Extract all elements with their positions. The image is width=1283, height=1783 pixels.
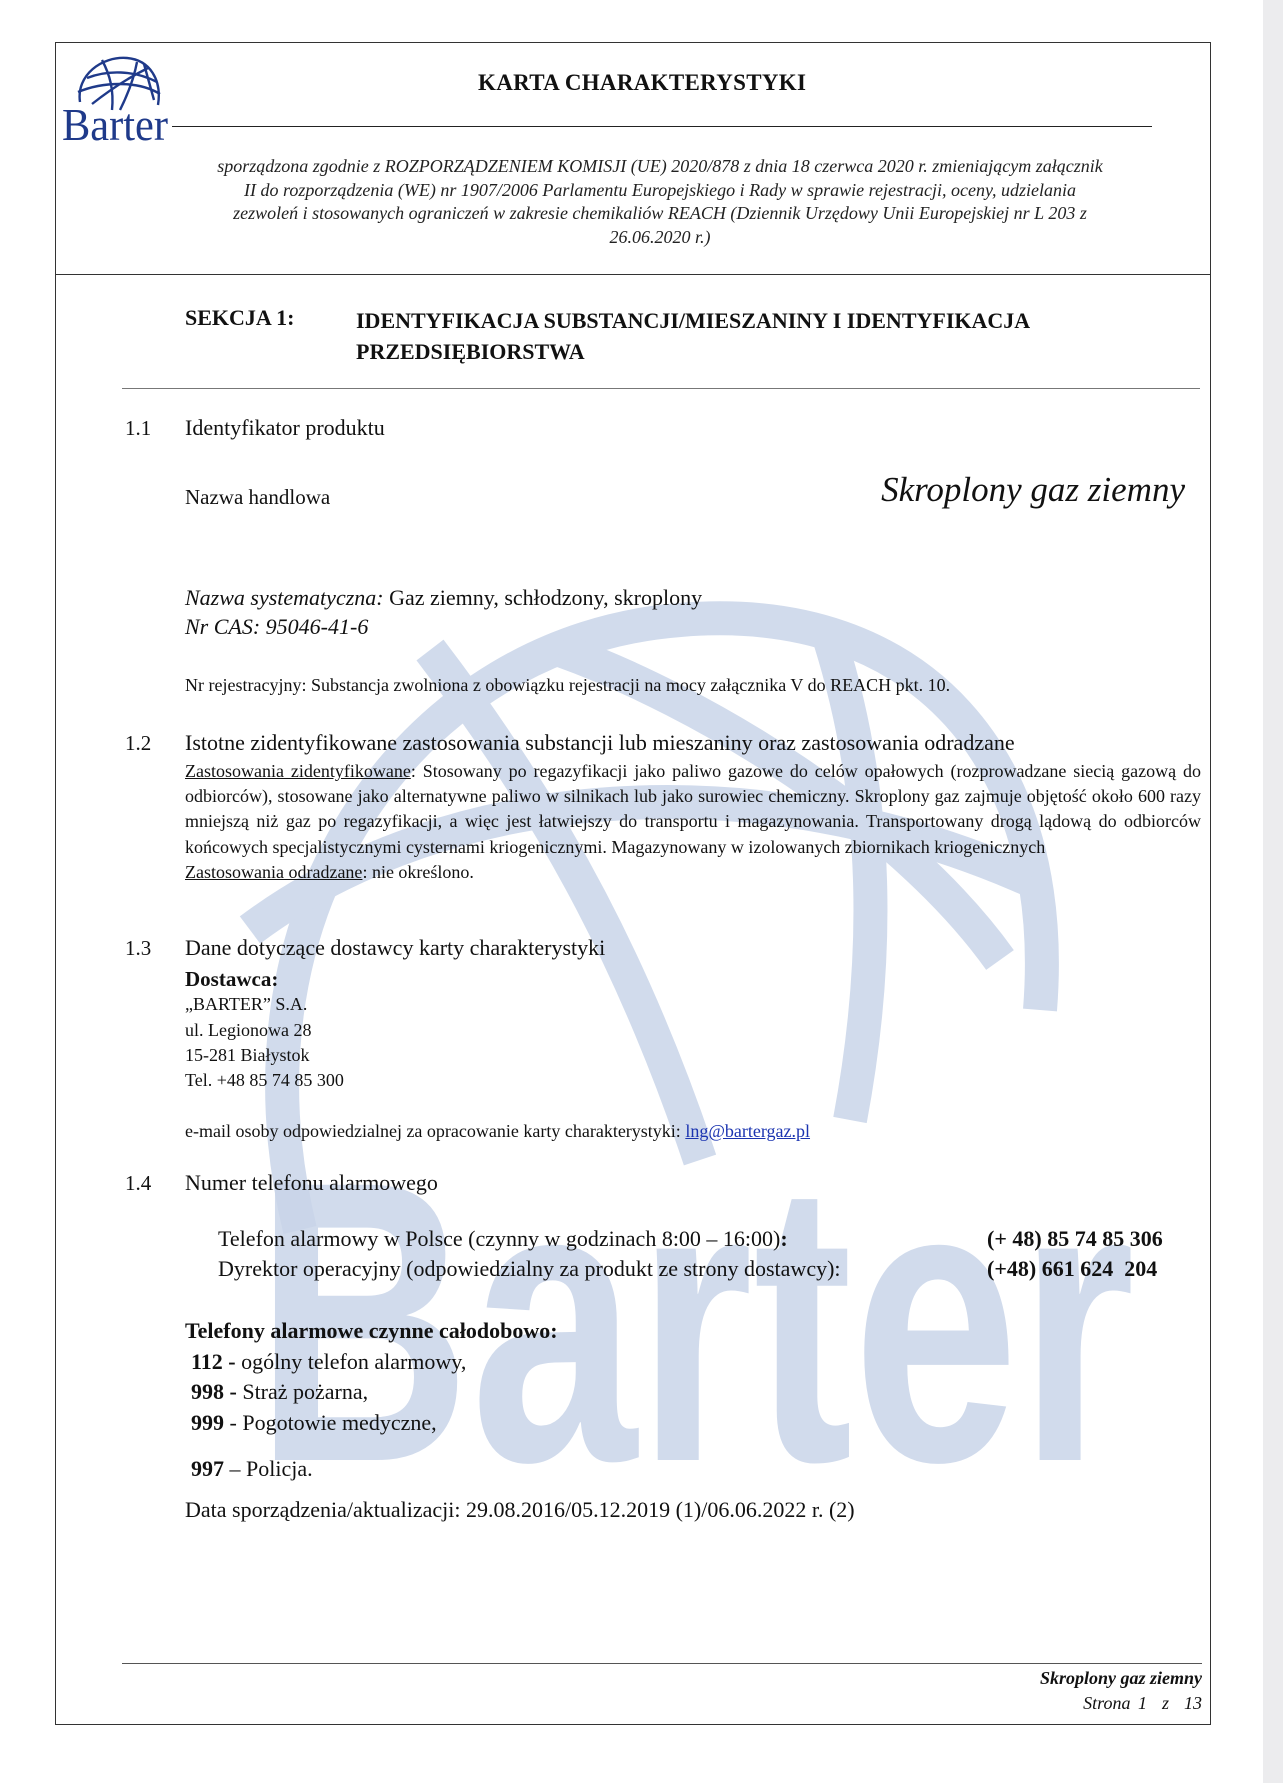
- scrollbar-track[interactable]: [1263, 0, 1283, 1783]
- section-title: IDENTYFIKACJA SUBSTANCJI/MIESZANINY I ID…: [356, 305, 1176, 367]
- subsection-number-1-1: 1.1: [125, 416, 151, 441]
- emergency-numbers-heading: Telefony alarmowe czynne całodobowo:: [185, 1316, 558, 1347]
- supplier-address: Dostawca: „BARTER” S.A. ul. Legionowa 28…: [185, 967, 344, 1093]
- section-label: SEKCJA 1:: [185, 305, 294, 331]
- systematic-name: Nazwa systematyczna: Gaz ziemny, schłodz…: [185, 585, 702, 611]
- subsection-heading-1-4: Numer telefonu alarmowego: [185, 1170, 438, 1196]
- subsection-heading-1-3: Dane dotyczące dostawcy karty charaktery…: [185, 935, 605, 961]
- list-item: 997 – Policja.: [185, 1454, 558, 1485]
- supplier-label: Dostawca:: [185, 967, 344, 992]
- trade-name: Skroplony gaz ziemny: [881, 470, 1185, 510]
- subsection-number-1-4: 1.4: [125, 1171, 151, 1196]
- emergency-phone-label: Telefon alarmowy w Polsce (czynny w godz…: [218, 1226, 788, 1252]
- svg-text:Barter: Barter: [62, 99, 168, 145]
- header-separator: [55, 274, 1211, 275]
- emergency-phone-number: (+ 48) 85 74 85 306: [987, 1226, 1163, 1252]
- list-item: 112 - ogólny telefon alarmowy,: [185, 1347, 558, 1378]
- responsible-email-line: e-mail osoby odpowiedzialnej za opracowa…: [185, 1121, 810, 1142]
- subsection-heading-1-2: Istotne zidentyfikowane zastosowania sub…: [185, 730, 1015, 756]
- revision-dates: Data sporządzenia/aktualizacji: 29.08.20…: [185, 1497, 855, 1523]
- document-title: KARTA CHARAKTERYSTYKI: [478, 70, 806, 96]
- barter-logo-icon: Barter: [62, 50, 177, 145]
- title-underline: [172, 126, 1152, 127]
- registration-number: Nr rejestracyjny: Substancja zwolniona z…: [185, 675, 950, 696]
- cas-number: Nr CAS: 95046-41-6: [185, 614, 368, 640]
- email-link[interactable]: lng@bartergaz.pl: [685, 1121, 810, 1141]
- list-item: 999 - Pogotowie medyczne,: [185, 1408, 558, 1439]
- subsection-heading-1-1: Identyfikator produktu: [185, 415, 385, 441]
- footer-divider: [122, 1663, 1202, 1664]
- identified-uses-paragraph: Zastosowania zidentyfikowane: Stosowany …: [185, 759, 1201, 885]
- emergency-numbers-list: Telefony alarmowe czynne całodobowo: 112…: [185, 1316, 558, 1485]
- subsection-number-1-2: 1.2: [125, 731, 151, 756]
- operations-director-number: (+48) 661 624 204: [987, 1256, 1157, 1282]
- footer-product-name: Skroplony gaz ziemny: [1040, 1668, 1202, 1689]
- regulation-notice: sporządzona zgodnie z ROZPORZĄDZENIEM KO…: [120, 155, 1200, 249]
- section-divider: [122, 388, 1200, 389]
- page-number: Strona 1 z 13: [1083, 1693, 1202, 1714]
- operations-director-label: Dyrektor operacyjny (odpowiedzialny za p…: [218, 1256, 841, 1282]
- subsection-number-1-3: 1.3: [125, 936, 151, 961]
- trade-name-label: Nazwa handlowa: [185, 485, 330, 510]
- list-item: 998 - Straż pożarna,: [185, 1377, 558, 1408]
